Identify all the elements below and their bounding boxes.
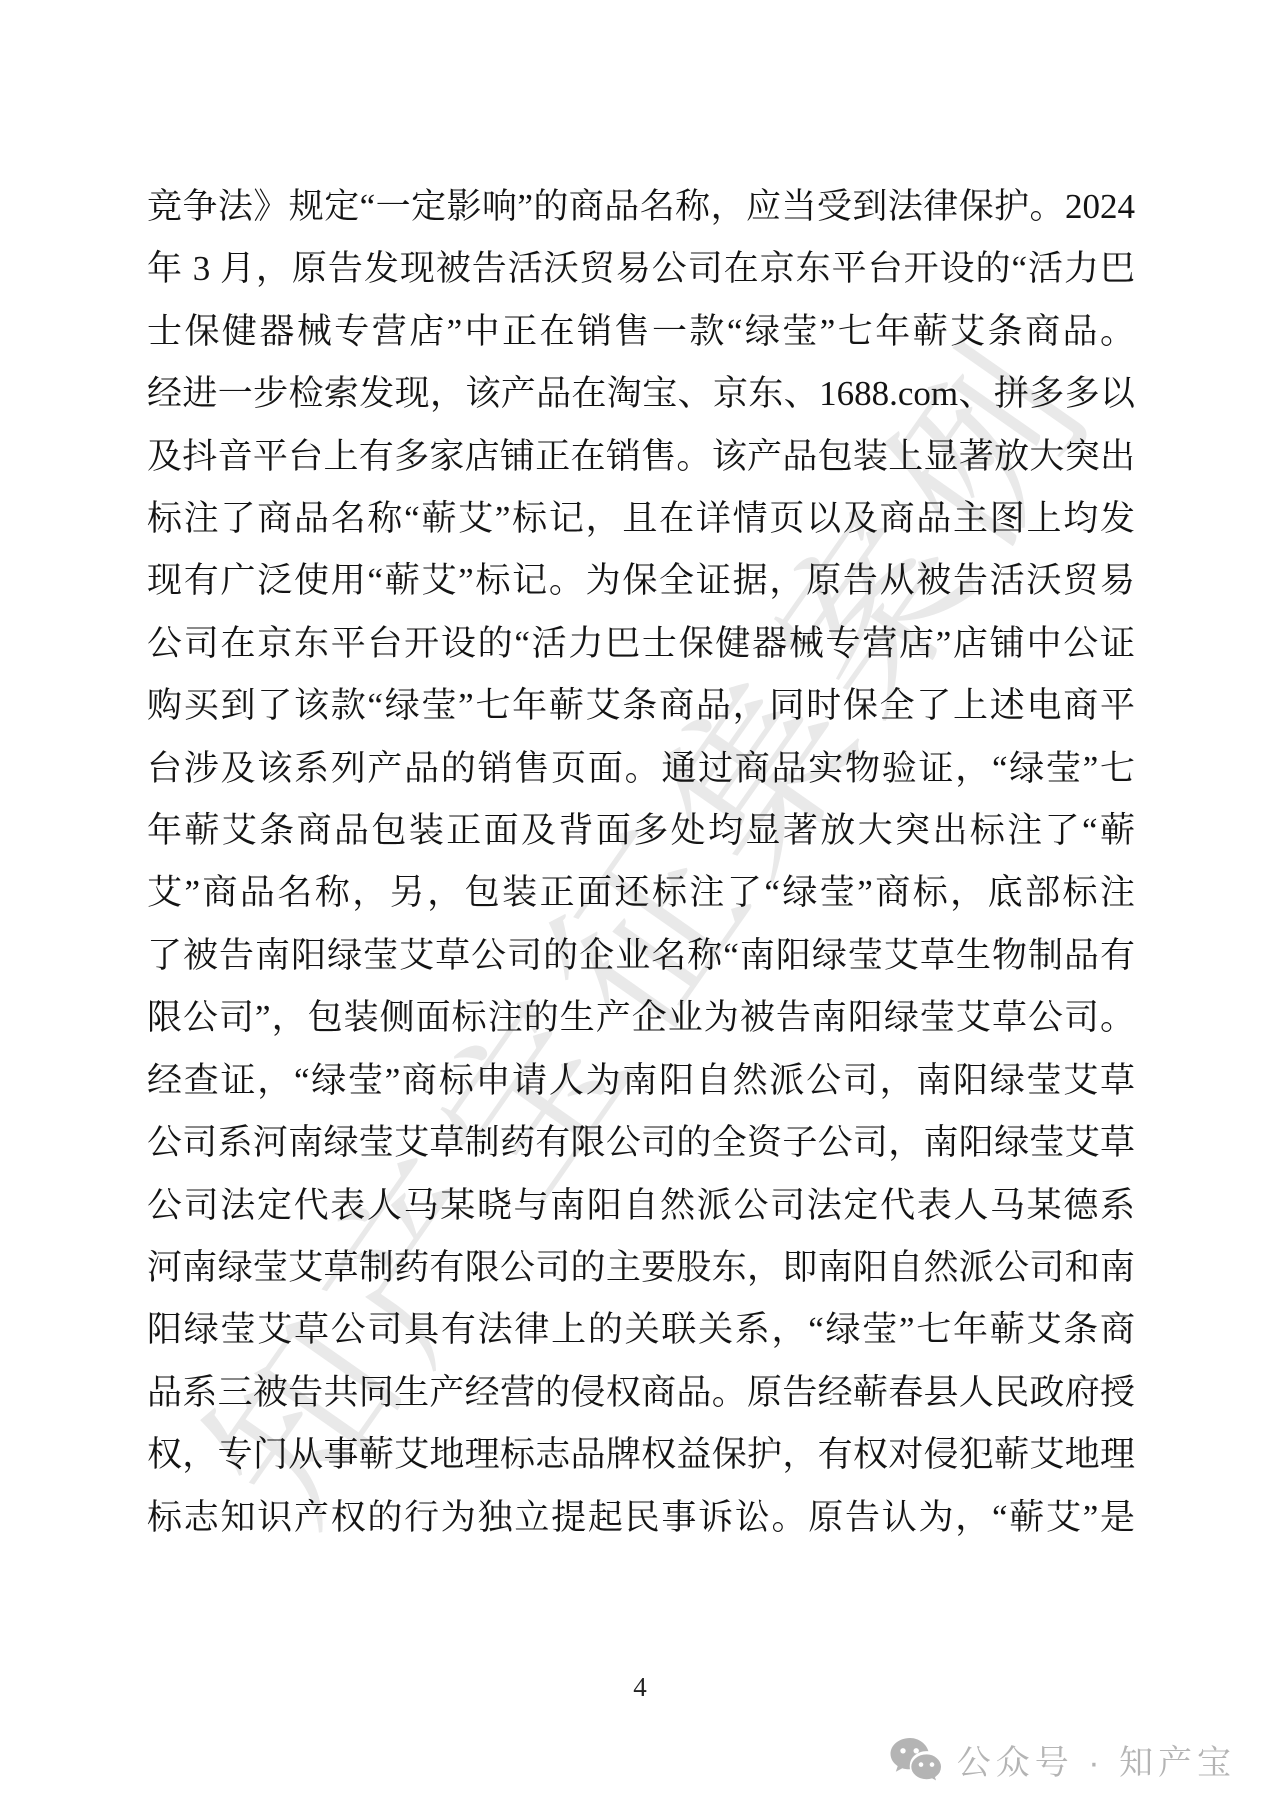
text-line: 现有广泛使用“蕲艾”标记。为保全证据，原告从被告活沃贸易 <box>147 550 1135 612</box>
body-text: 竞争法》规定“一定影响”的商品名称，应当受到法律保护。2024 年 3 月，原告… <box>147 176 1135 1549</box>
text-line: 限公司”，包装侧面标注的生产企业为被告南阳绿莹艾草公司。 <box>147 987 1135 1049</box>
text-line: 经进一步检索发现，该产品在淘宝、京东、1688.com、拼多多以 <box>147 363 1135 425</box>
page-number: 4 <box>0 1672 1280 1703</box>
footer-label: 公众号 · 知产宝 <box>957 1735 1236 1784</box>
text-line: 经查证，“绿莹”商标申请人为南阳自然派公司，南阳绿莹艾草 <box>147 1050 1135 1112</box>
text-line: 年蕲艾条商品包装正面及背面多处均显著放大突出标注了“蕲 <box>147 800 1135 862</box>
text-line: 了被告南阳绿莹艾草公司的企业名称“南阳绿莹艾草生物制品有 <box>147 925 1135 987</box>
text-line: 河南绿莹艾草制药有限公司的主要股东，即南阳自然派公司和南 <box>147 1237 1135 1299</box>
text-line: 公司法定代表人马某晓与南阳自然派公司法定代表人马某德系 <box>147 1175 1135 1237</box>
text-line: 标注了商品名称“蕲艾”标记，且在详情页以及商品主图上均发 <box>147 488 1135 550</box>
footer: 公众号 · 知产宝 <box>889 1735 1236 1784</box>
text-line: 年 3 月，原告发现被告活沃贸易公司在京东平台开设的“活力巴 <box>147 238 1135 300</box>
text-line: 竞争法》规定“一定影响”的商品名称，应当受到法律保护。2024 <box>147 176 1135 238</box>
text-line: 及抖音平台上有多家店铺正在销售。该产品包装上显著放大突出 <box>147 426 1135 488</box>
text-line: 艾”商品名称，另，包装正面还标注了“绿莹”商标，底部标注 <box>147 862 1135 924</box>
text-line: 公司系河南绿莹艾草制药有限公司的全资子公司，南阳绿莹艾草 <box>147 1112 1135 1174</box>
text-line: 品系三被告共同生产经营的侵权商品。原告经蕲春县人民政府授 <box>147 1362 1135 1424</box>
text-line: 购买到了该款“绿莹”七年蕲艾条商品，同时保全了上述电商平 <box>147 675 1135 737</box>
text-line: 士保健器械专营店”中正在销售一款“绿莹”七年蕲艾条商品。 <box>147 301 1135 363</box>
text-line: 公司在京东平台开设的“活力巴士保健器械专营店”店铺中公证 <box>147 613 1135 675</box>
text-line: 标志知识产权的行为独立提起民事诉讼。原告认为，“蕲艾”是 <box>147 1487 1135 1549</box>
document-page: 知产宝征集案例 竞争法》规定“一定影响”的商品名称，应当受到法律保护。2024 … <box>0 0 1280 1810</box>
wechat-icon <box>889 1737 943 1783</box>
text-line: 台涉及该系列产品的销售页面。通过商品实物验证，“绿莹”七 <box>147 738 1135 800</box>
text-line: 阳绿莹艾草公司具有法律上的关联关系，“绿莹”七年蕲艾条商 <box>147 1299 1135 1361</box>
text-line: 权，专门从事蕲艾地理标志品牌权益保护，有权对侵犯蕲艾地理 <box>147 1424 1135 1486</box>
